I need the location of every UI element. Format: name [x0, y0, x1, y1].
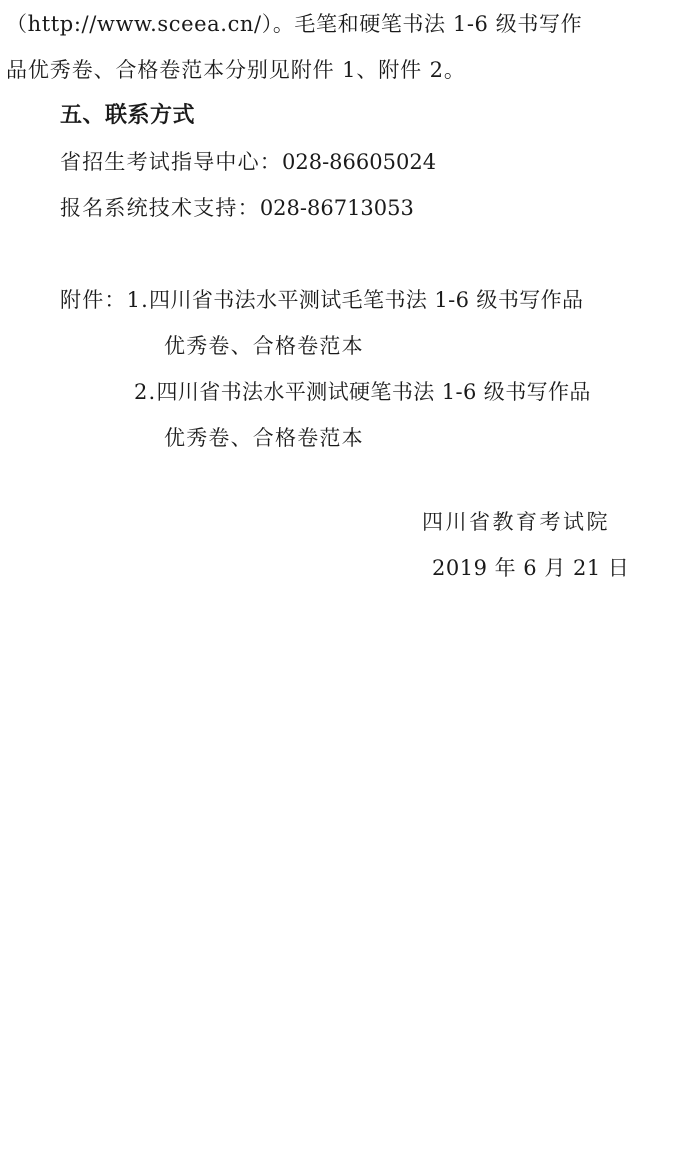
contact-label: 省招生考试指导中心：: [60, 150, 282, 174]
attachment-item-2-continued: 优秀卷、合格卷范本: [164, 426, 364, 450]
attachment-title: 四川省书法水平测试硬笔书法 1-6 级书写作品: [156, 380, 590, 404]
attachment-item-1-continued: 优秀卷、合格卷范本: [164, 334, 364, 358]
paragraph-continuation-line-2: 品优秀卷、合格卷范本分别见附件 1、附件 2。: [6, 58, 466, 82]
contact-label: 报名系统技术支持：: [60, 196, 260, 220]
attachments-label: 附件：: [60, 288, 127, 312]
section-heading-contact: 五、联系方式: [60, 104, 195, 128]
signature-organization: 四川省教育考试院: [422, 510, 610, 534]
paragraph-continuation-line-1: （http://www.sceea.cn/）。毛笔和硬笔书法 1-6 级书写作: [6, 12, 582, 36]
attachment-number: 2.: [134, 380, 156, 404]
signature-date: 2019 年 6 月 21 日: [432, 556, 629, 580]
contact-line-tech-support: 报名系统技术支持：028-86713053: [60, 196, 414, 220]
attachment-item-1: 附件：1.四川省书法水平测试毛笔书法 1-6 级书写作品: [60, 288, 583, 312]
attachment-item-2: 2.四川省书法水平测试硬笔书法 1-6 级书写作品: [134, 380, 591, 404]
attachment-title: 四川省书法水平测试毛笔书法 1-6 级书写作品: [149, 288, 583, 312]
attachment-number: 1.: [127, 288, 149, 312]
contact-line-exam-center: 省招生考试指导中心：028-86605024: [60, 150, 436, 174]
contact-phone: 028-86605024: [282, 150, 436, 174]
contact-phone: 028-86713053: [260, 196, 414, 220]
